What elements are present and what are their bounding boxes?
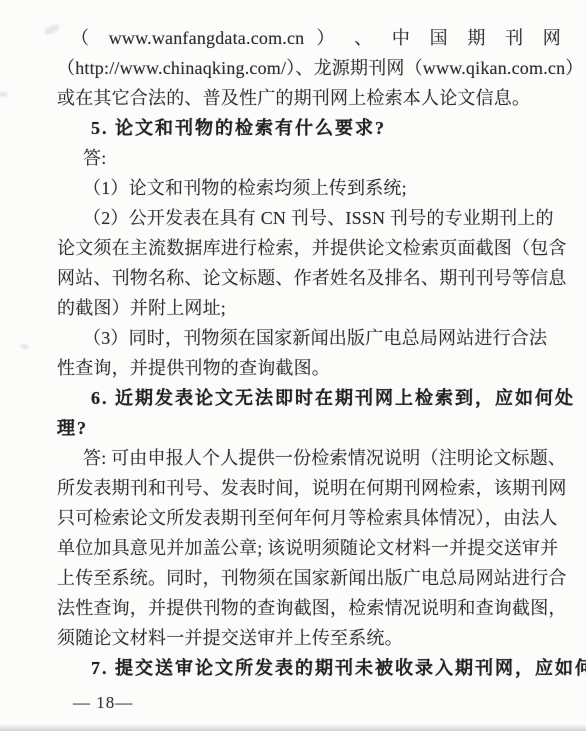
- paragraph-line: 只可检索论文所发表期刊至何年何月等检索具体情况），由法人: [57, 503, 563, 533]
- page-number: — 18—: [73, 693, 133, 713]
- document-body: （ www.wanfangdata.com.cn ） 、 中 国 期 刊 网（h…: [57, 23, 563, 683]
- paragraph-line: 网站、刊物名称、论文标题、作者姓名及排名、期刊刊号等信息: [57, 263, 563, 293]
- paragraph-line: （3）同时，刊物须在国家新闻出版广电总局网站进行合法: [57, 323, 563, 353]
- paragraph-line: 须随论文材料一并提交送审并上传至系统。: [57, 623, 563, 653]
- paragraph-line: 论文须在主流数据库进行检索，并提供论文检索页面截图（包含: [57, 233, 563, 263]
- paragraph-line: 答:: [57, 143, 563, 173]
- paragraph-line: （1）论文和刊物的检索均须上传到系统;: [57, 173, 563, 203]
- paragraph-line: 答: 可由申报人个人提供一份检索情况说明（注明论文标题、: [57, 443, 563, 473]
- paragraph-line: 单位加具意见并加盖公章; 该说明须随论文材料一并提交送审并: [57, 533, 563, 563]
- paragraph-line: 上传至系统。同时，刊物须在国家新闻出版广电总局网站进行合: [57, 563, 563, 593]
- question-heading-line: 7. 提交送审论文所发表的期刊未被收录入期刊网，应如何: [57, 653, 563, 683]
- question-heading-line: 5. 论文和刊物的检索有什么要求?: [57, 113, 563, 143]
- paragraph-line: 或在其它合法的、普及性广的期刊网上检索本人论文信息。: [57, 83, 563, 113]
- scan-edge-shadow: [0, 724, 586, 731]
- paragraph-line: 性查询，并提供刊物的查询截图。: [57, 353, 563, 383]
- question-heading-line: 理?: [57, 413, 563, 443]
- paragraph-line: （2）公开发表在具有 CN 刊号、ISSN 刊号的专业期刊上的: [57, 203, 563, 233]
- paragraph-line: （http://www.chinaqking.com/）、龙源期刊网（www.q…: [57, 53, 563, 83]
- paragraph-line: 的截图）并附上网址;: [57, 293, 563, 323]
- paragraph-line: （ www.wanfangdata.com.cn ） 、 中 国 期 刊 网: [57, 23, 563, 53]
- scan-artifact: [0, 92, 8, 97]
- question-heading-line: 6. 近期发表论文无法即时在期刊网上检索到，应如何处: [57, 383, 563, 413]
- scanned-document-page: （ www.wanfangdata.com.cn ） 、 中 国 期 刊 网（h…: [0, 0, 586, 731]
- paragraph-line: 法性查询，并提供刊物的查询截图，检索情况说明和查询截图，: [57, 593, 563, 623]
- scan-artifact: [20, 343, 30, 350]
- paragraph-line: 所发表期刊和刊号、发表时间，说明在何期刊网检索，该期刊网: [57, 473, 563, 503]
